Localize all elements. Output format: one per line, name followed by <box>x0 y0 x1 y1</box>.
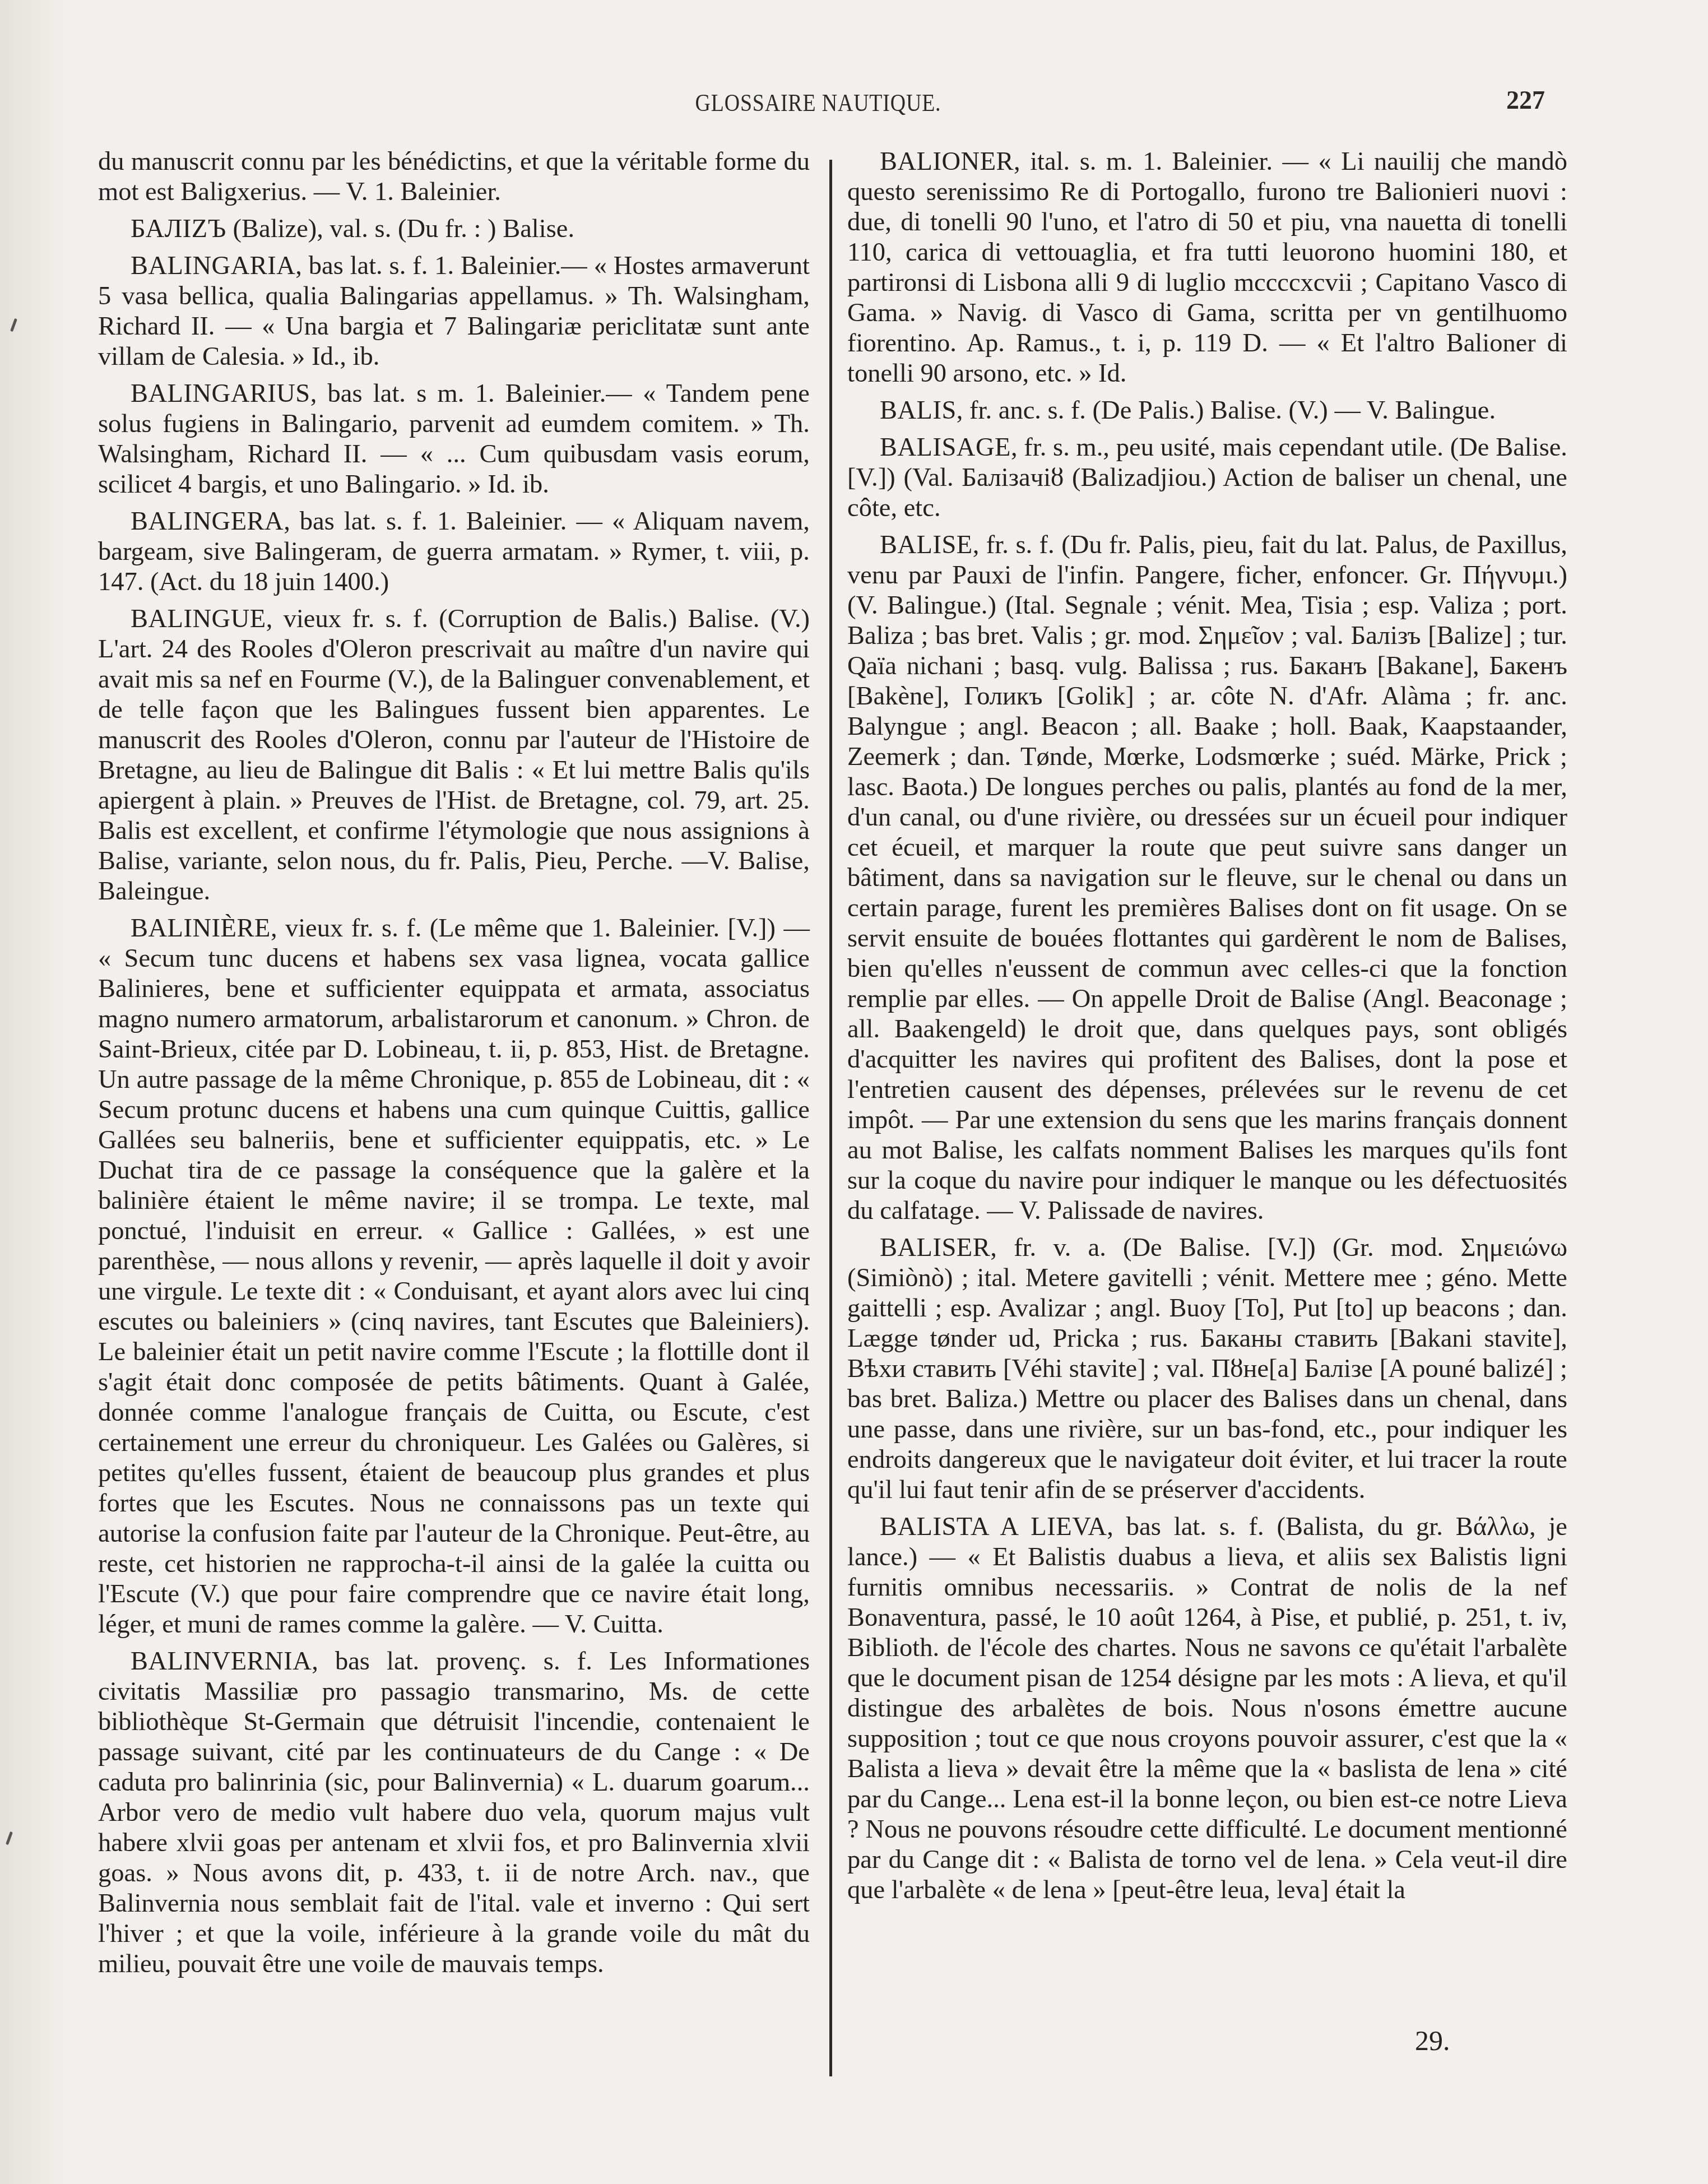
glossary-entry: du manuscrit connu par les bénédictins, … <box>98 147 810 207</box>
glossary-entry: BALISAGE, fr. s. m., peu usité, mais cep… <box>847 433 1567 523</box>
entry-headword: BALINGARIUS <box>131 379 310 408</box>
entry-headword: BALISER <box>880 1234 990 1262</box>
glossary-entry: БАЛIZЪ (Balize), val. s. (Du fr. : ) Bal… <box>98 214 810 244</box>
running-title: GLOSSAIRE NAUTIQUE. <box>669 89 967 117</box>
entry-text: du manuscrit connu par les bénédictins, … <box>98 147 810 207</box>
glossary-entry: BALINGERA, bas lat. s. f. 1. Baleinier. … <box>98 507 810 597</box>
entry-text: (Balize), val. s. (Du fr. : ) Balise. <box>233 215 575 243</box>
entry-headword: BALINVERNIA <box>131 1647 312 1676</box>
entry-headword: BALISTA A LIEVA <box>880 1513 1107 1541</box>
left-column: du manuscrit connu par les bénédictins, … <box>98 147 810 1986</box>
page-number: 227 <box>1506 85 1545 115</box>
entry-headword: BALISE <box>880 531 973 559</box>
glossary-entry: BALISTA A LIEVA, bas lat. s. f. (Balista… <box>847 1512 1567 1905</box>
glossary-entry: BALISE, fr. s. f. (Du fr. Palis, pieu, f… <box>847 530 1567 1226</box>
glossary-entry: BALINIÈRE, vieux fr. s. f. (Le même que … <box>98 914 810 1640</box>
entry-text: , fr. s. f. (Du fr. Palis, pieu, fait du… <box>847 531 1567 1225</box>
entry-headword: BALIONER <box>880 147 1014 176</box>
entry-text: , fr. v. a. (De Balise. [V.]) (Gr. mod. … <box>847 1234 1567 1504</box>
glossary-entry: BALISER, fr. v. a. (De Balise. [V.]) (Gr… <box>847 1233 1567 1505</box>
page-gutter-shadow <box>0 0 67 2184</box>
glossary-entry: BALINGUE, vieux fr. s. f. (Corruption de… <box>98 604 810 907</box>
entry-text: , bas lat. provenç. s. f. Les Informatio… <box>98 1647 810 1978</box>
entry-text: , vieux fr. s. f. (Corruption de Balis.)… <box>98 605 810 906</box>
glossary-entry: BALINGARIA, bas lat. s. f. 1. Baleinier.… <box>98 251 810 372</box>
entry-headword: BALIS <box>880 396 957 425</box>
signature-mark: 29. <box>1415 2024 1450 2057</box>
entry-headword: BALINGARIA <box>131 252 295 280</box>
entry-text: , vieux fr. s. f. (Le même que 1. Balein… <box>98 914 810 1639</box>
glossary-entry: BALIS, fr. anc. s. f. (De Palis.) Balise… <box>847 396 1567 426</box>
entry-headword: BALISAGE <box>880 433 1011 462</box>
glossary-entry: BALIONER, ital. s. m. 1. Baleinier. — « … <box>847 147 1567 389</box>
entry-headword: БАЛIZЪ <box>131 215 226 243</box>
glossary-entry: BALINGARIUS, bas lat. s m. 1. Baleinier.… <box>98 379 810 500</box>
column-divider <box>829 160 832 2076</box>
right-column: BALIONER, ital. s. m. 1. Baleinier. — « … <box>847 147 1567 1912</box>
entry-headword: BALINGUE <box>131 605 266 633</box>
glossary-entry: BALINVERNIA, bas lat. provenç. s. f. Les… <box>98 1647 810 1979</box>
entry-text: , bas lat. s. f. (Balista, du gr. Βάλλω,… <box>847 1513 1567 1904</box>
entry-text: , fr. anc. s. f. (De Palis.) Balise. (V.… <box>957 396 1496 425</box>
entry-text: , ital. s. m. 1. Baleinier. — « Li nauil… <box>847 147 1567 388</box>
entry-headword: BALINGERA <box>131 507 284 536</box>
entry-headword: BALINIÈRE <box>131 914 271 943</box>
